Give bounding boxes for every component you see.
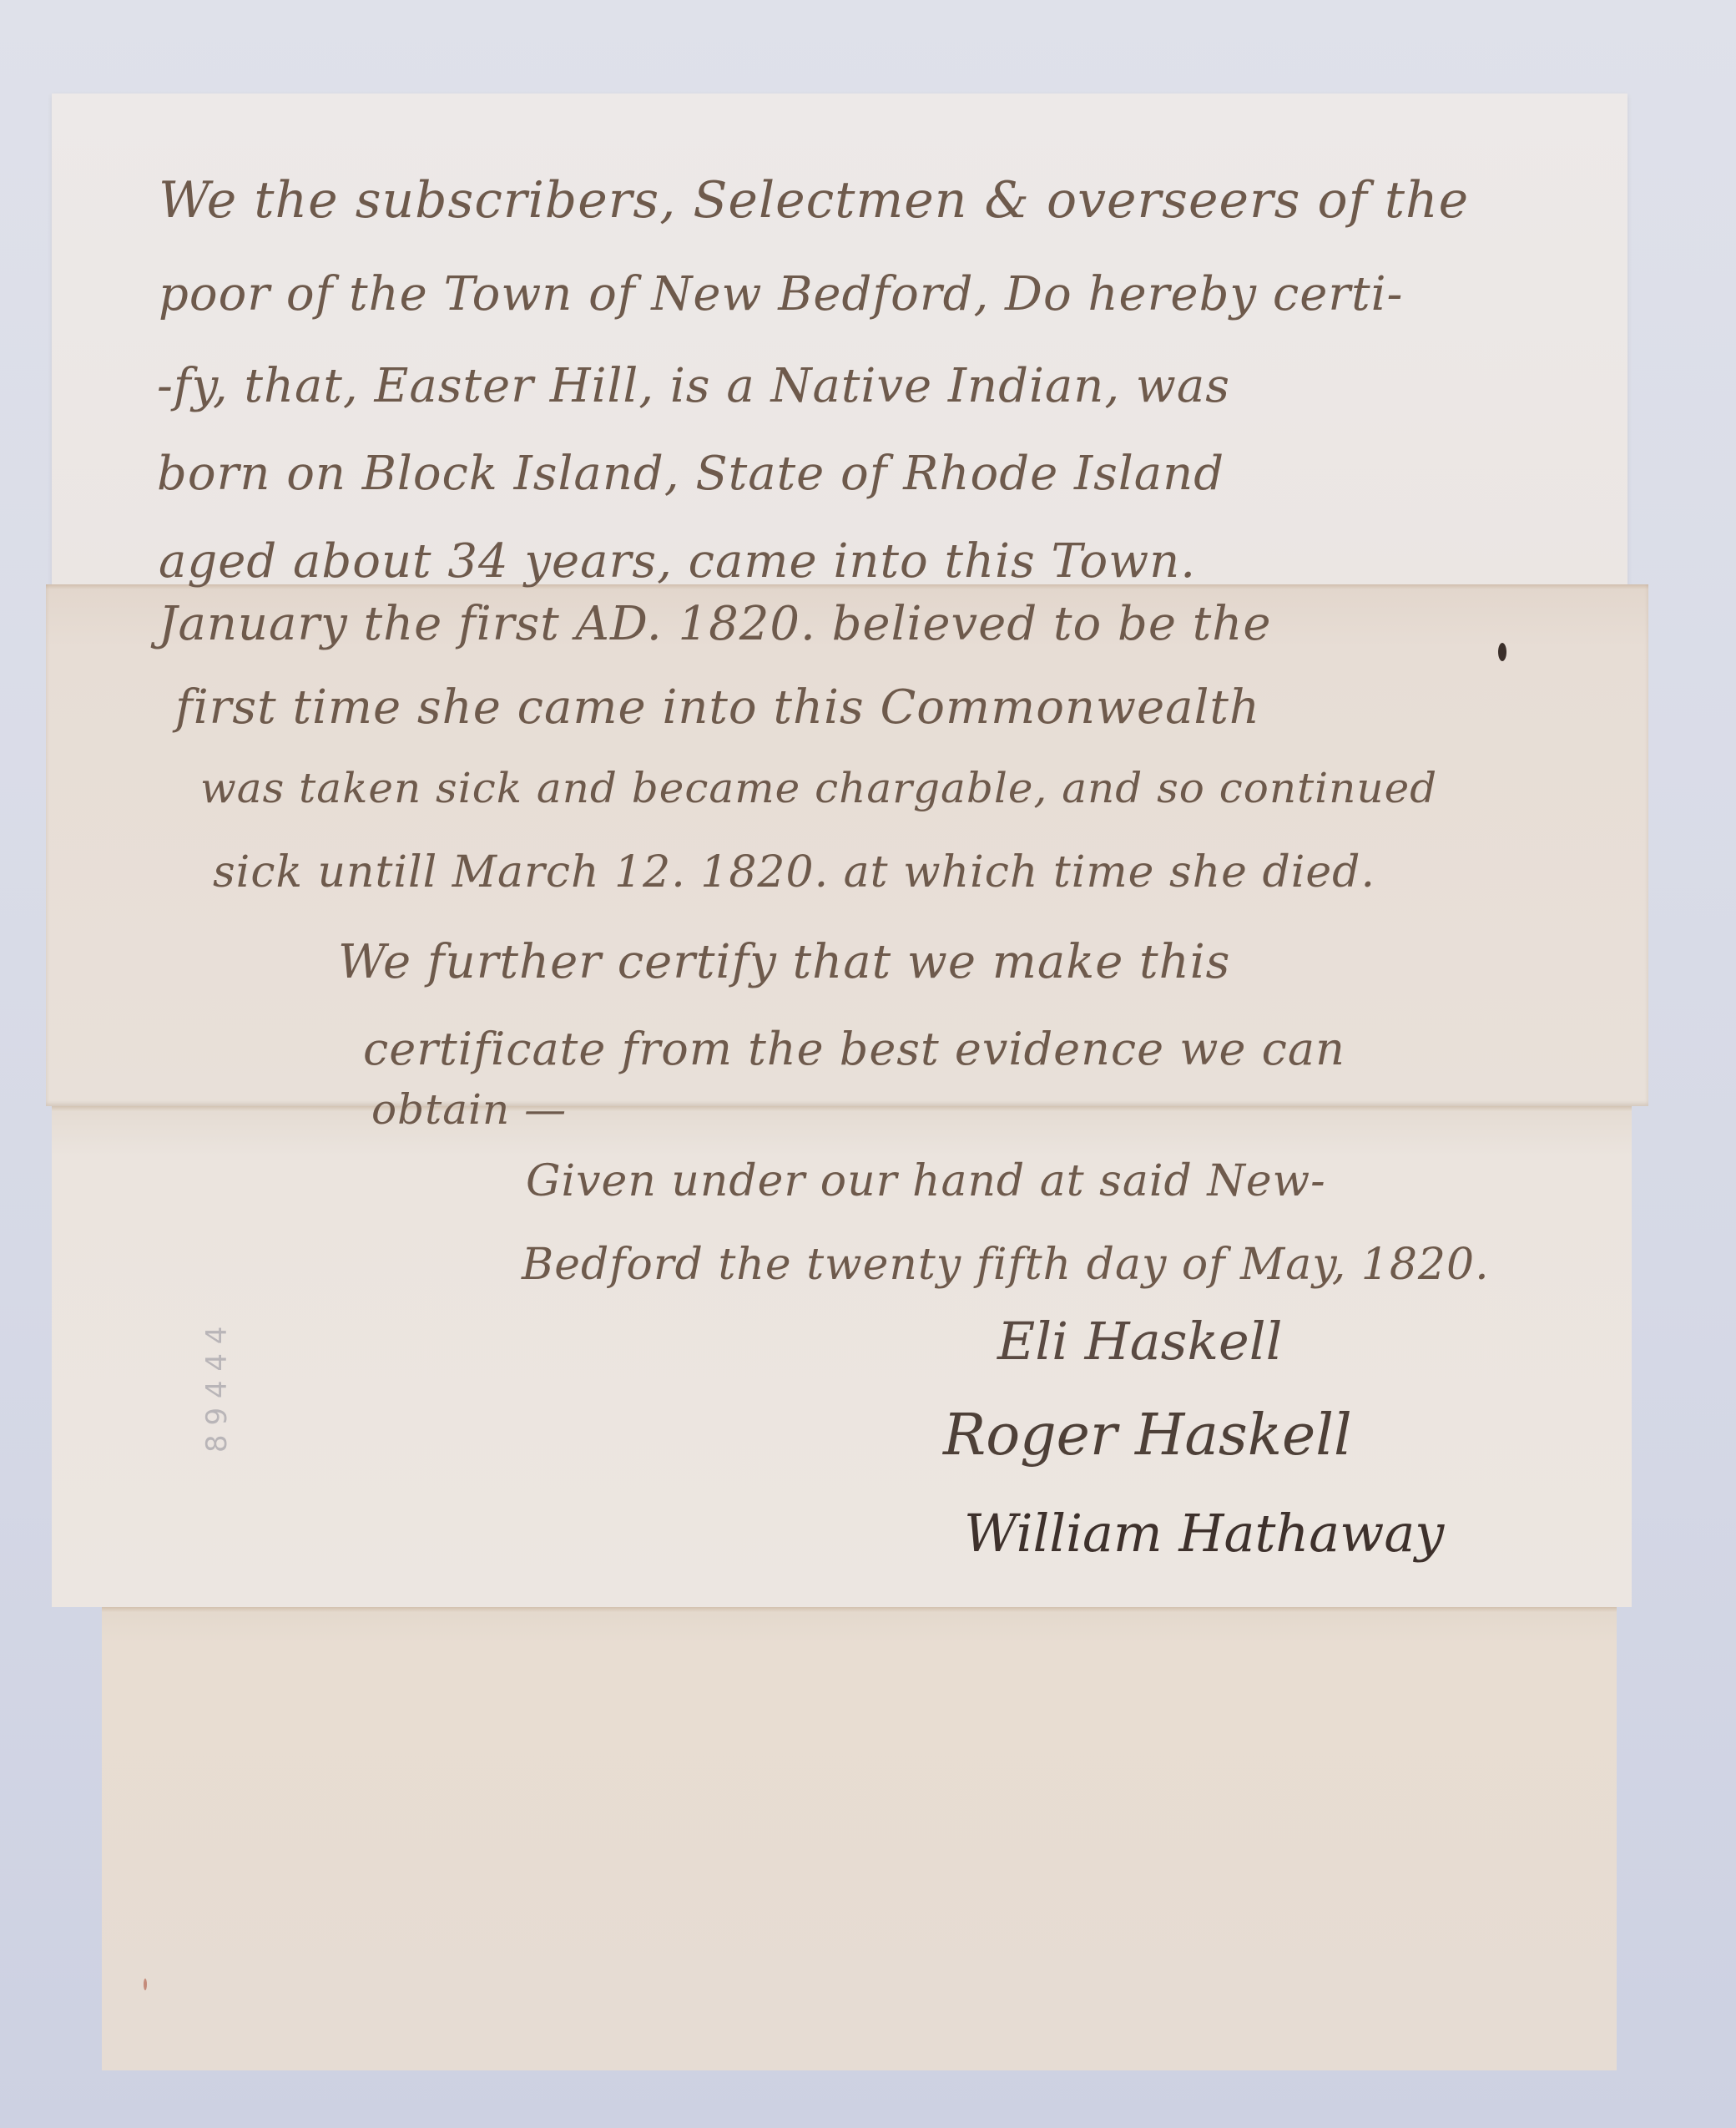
- body-line-1: We the subscribers, Selectmen & overseer…: [159, 171, 1469, 230]
- signature-william-hathaway: William Hathaway: [964, 1503, 1444, 1564]
- paper-panel-top: [52, 94, 1627, 586]
- paper-panel-bottom: [102, 1607, 1617, 2070]
- signature-roger-haskell: Roger Haskell: [943, 1403, 1352, 1468]
- given-line-2: Bedford the twenty fifth day of May, 182…: [522, 1240, 1490, 1290]
- further-line-1: We further certify that we make this: [338, 935, 1230, 989]
- body-line-3: -fy, that, Easter Hill, is a Native Indi…: [157, 359, 1230, 413]
- paper-spot: [144, 1979, 147, 1990]
- body-line-9: sick untill March 12. 1820. at which tim…: [213, 847, 1375, 897]
- further-line-3: obtain —: [371, 1085, 567, 1134]
- signature-eli-haskell: Eli Haskell: [997, 1311, 1282, 1372]
- margin-pencil-note: 8 9 4 4 4: [200, 1169, 234, 1453]
- body-line-4: born on Block Island, State of Rhode Isl…: [157, 447, 1224, 501]
- body-line-8: was taken sick and became chargable, and…: [200, 764, 1437, 812]
- given-line-1: Given under our hand at said New-: [526, 1156, 1326, 1206]
- body-line-5: aged about 34 years, came into this Town…: [159, 534, 1196, 589]
- body-line-7: first time she came into this Commonweal…: [175, 680, 1260, 735]
- ink-blot: [1498, 643, 1506, 661]
- body-line-6: January the first AD. 1820. believed to …: [159, 597, 1271, 651]
- body-line-2: poor of the Town of New Bedford, Do here…: [159, 267, 1403, 321]
- further-line-2: certificate from the best evidence we ca…: [363, 1023, 1345, 1075]
